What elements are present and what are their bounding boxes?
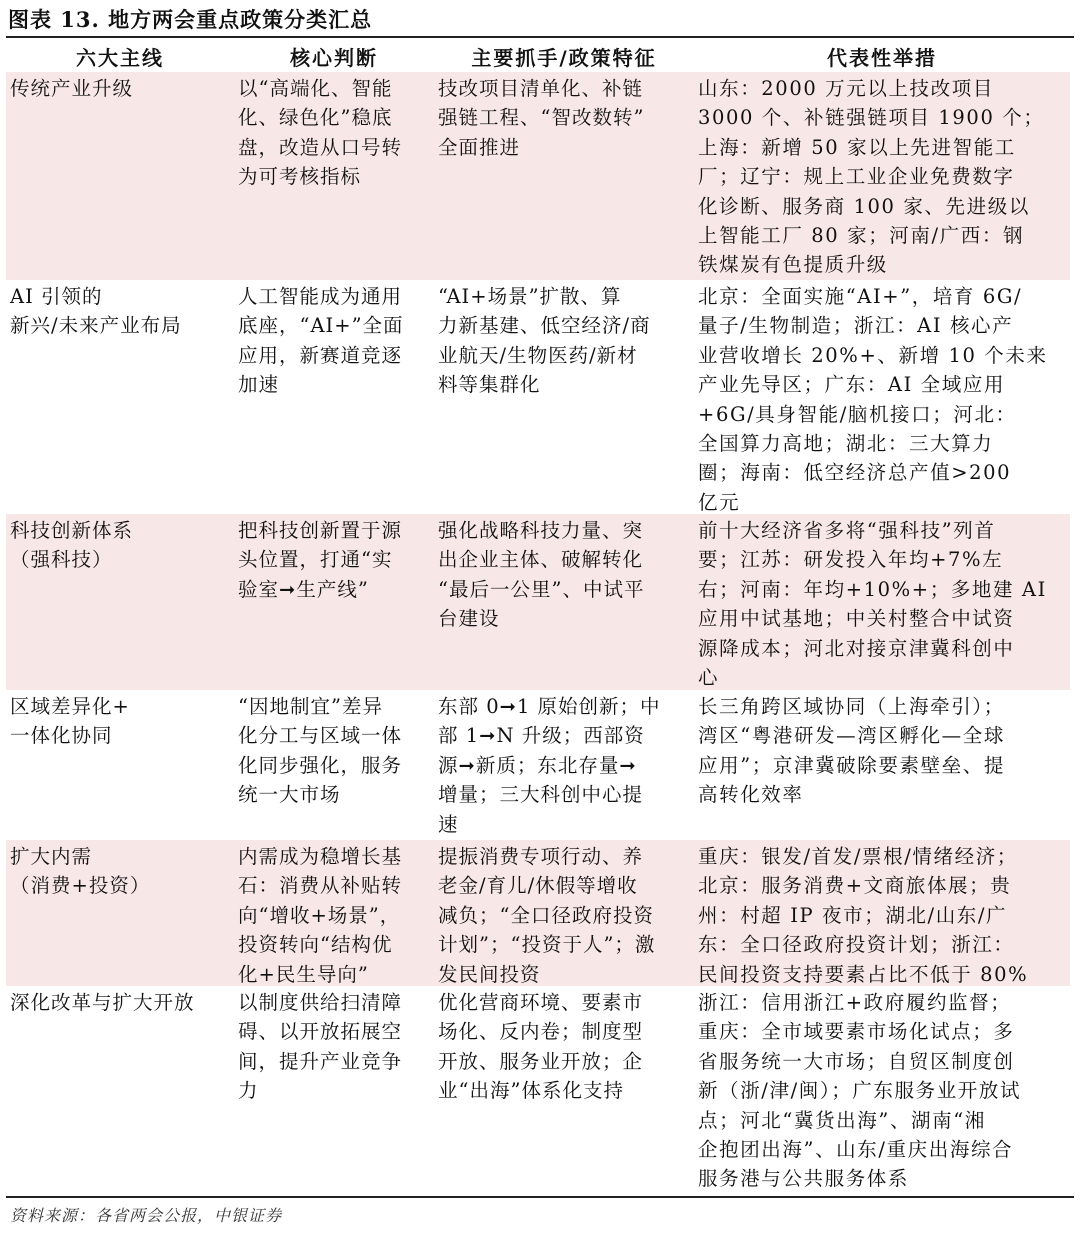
cell-main-line: AI 引领的 新兴/未来产业布局 bbox=[6, 282, 234, 517]
bottom-rule bbox=[6, 1196, 1074, 1198]
table-row: 区域差异化+ 一体化协同 “因地制宜”差异 化分工与区域一体 化同步强化，服务 … bbox=[6, 690, 1070, 840]
table-row: 深化改革与扩大开放 以制度供给扫清障 碍、以开放拓展空 间，提升产业竞争 力 优… bbox=[6, 986, 1070, 1196]
cell-main-line: 区域差异化+ 一体化协同 bbox=[6, 692, 234, 840]
cell-core-judgment: “因地制宜”差异 化分工与区域一体 化同步强化，服务 统一大市场 bbox=[234, 692, 434, 840]
cell-policy-features: “AI+场景”扩散、算 力新基建、低空经济/商 业航天/生物医药/新材 料等集群… bbox=[434, 282, 694, 517]
header-representative-measures: 代表性举措 bbox=[694, 42, 1070, 71]
table-row: 扩大内需 （消费+投资） 内需成为稳增长基 石：消费从补贴转 向“增收+场景”，… bbox=[6, 840, 1070, 986]
cell-representative-measures: 北京：全面实施“AI+”，培育 6G/ 量子/生物制造；浙江：AI 核心产 业营… bbox=[694, 282, 1070, 517]
cell-core-judgment: 以“高端化、智能 化、绿色化”稳底 盘，改造从口号转 为可考核指标 bbox=[234, 74, 434, 280]
header-main-line: 六大主线 bbox=[6, 42, 234, 71]
cell-core-judgment: 以制度供给扫清障 碍、以开放拓展空 间，提升产业竞争 力 bbox=[234, 988, 434, 1196]
cell-main-line: 传统产业升级 bbox=[6, 74, 234, 280]
header-policy-features: 主要抓手/政策特征 bbox=[434, 42, 694, 71]
table-header: 六大主线 核心判断 主要抓手/政策特征 代表性举措 bbox=[6, 40, 1070, 72]
table-row: 传统产业升级 以“高端化、智能 化、绿色化”稳底 盘，改造从口号转 为可考核指标… bbox=[6, 72, 1070, 280]
cell-policy-features: 提振消费专项行动、养 老金/育儿/休假等增收 减负；“全口径政府投资 计划”；“… bbox=[434, 842, 694, 989]
cell-policy-features: 优化营商环境、要素市 场化、反内卷；制度型 开放、服务业开放；企 业“出海”体系… bbox=[434, 988, 694, 1196]
cell-core-judgment: 把科技创新置于源 头位置，打通“实 验室➞生产线” bbox=[234, 516, 434, 692]
cell-representative-measures: 重庆：银发/首发/票根/情绪经济； 北京：服务消费+文商旅体展；贵 州：村超 I… bbox=[694, 842, 1070, 989]
source-note: 资料来源：各省两会公报，中银证券 bbox=[10, 1203, 282, 1226]
cell-representative-measures: 浙江：信用浙江+政府履约监督； 重庆：全市域要素市场化试点；多 省服务统一大市场… bbox=[694, 988, 1070, 1196]
table-row: 科技创新体系 （强科技） 把科技创新置于源 头位置，打通“实 验室➞生产线” 强… bbox=[6, 514, 1070, 690]
cell-main-line: 科技创新体系 （强科技） bbox=[6, 516, 234, 692]
cell-main-line: 扩大内需 （消费+投资） bbox=[6, 842, 234, 989]
cell-policy-features: 强化战略科技力量、突 出企业主体、破解转化 “最后一公里”、中试平 台建设 bbox=[434, 516, 694, 692]
header-core-judgment: 核心判断 bbox=[234, 42, 434, 71]
cell-representative-measures: 山东：2000 万元以上技改项目 3000 个、补链强链项目 1900 个； 上… bbox=[694, 74, 1070, 280]
top-rule bbox=[6, 36, 1074, 38]
table-row: AI 引领的 新兴/未来产业布局 人工智能成为通用 底座，“AI+”全面 应用，… bbox=[6, 280, 1070, 514]
cell-policy-features: 技改项目清单化、补链 强链工程、“智改数转” 全面推进 bbox=[434, 74, 694, 280]
cell-representative-measures: 长三角跨区域协同（上海牵引）； 湾区“粤港研发—湾区孵化—全球 应用”；京津冀破… bbox=[694, 692, 1070, 840]
cell-core-judgment: 人工智能成为通用 底座，“AI+”全面 应用，新赛道竞逐 加速 bbox=[234, 282, 434, 517]
cell-policy-features: 东部 0➞1 原始创新；中 部 1➞N 升级；西部资 源➞新质；东北存量➞ 增量… bbox=[434, 692, 694, 840]
cell-main-line: 深化改革与扩大开放 bbox=[6, 988, 234, 1196]
policy-table: 六大主线 核心判断 主要抓手/政策特征 代表性举措 传统产业升级 以“高端化、智… bbox=[6, 40, 1070, 1196]
cell-core-judgment: 内需成为稳增长基 石：消费从补贴转 向“增收+场景”， 投资转向“结构优 化+民… bbox=[234, 842, 434, 989]
figure-title: 图表 13. 地方两会重点政策分类汇总 bbox=[8, 4, 372, 34]
cell-representative-measures: 前十大经济省多将“强科技”列首 要；江苏：研发投入年均+7%左 右；河南：年均+… bbox=[694, 516, 1070, 692]
